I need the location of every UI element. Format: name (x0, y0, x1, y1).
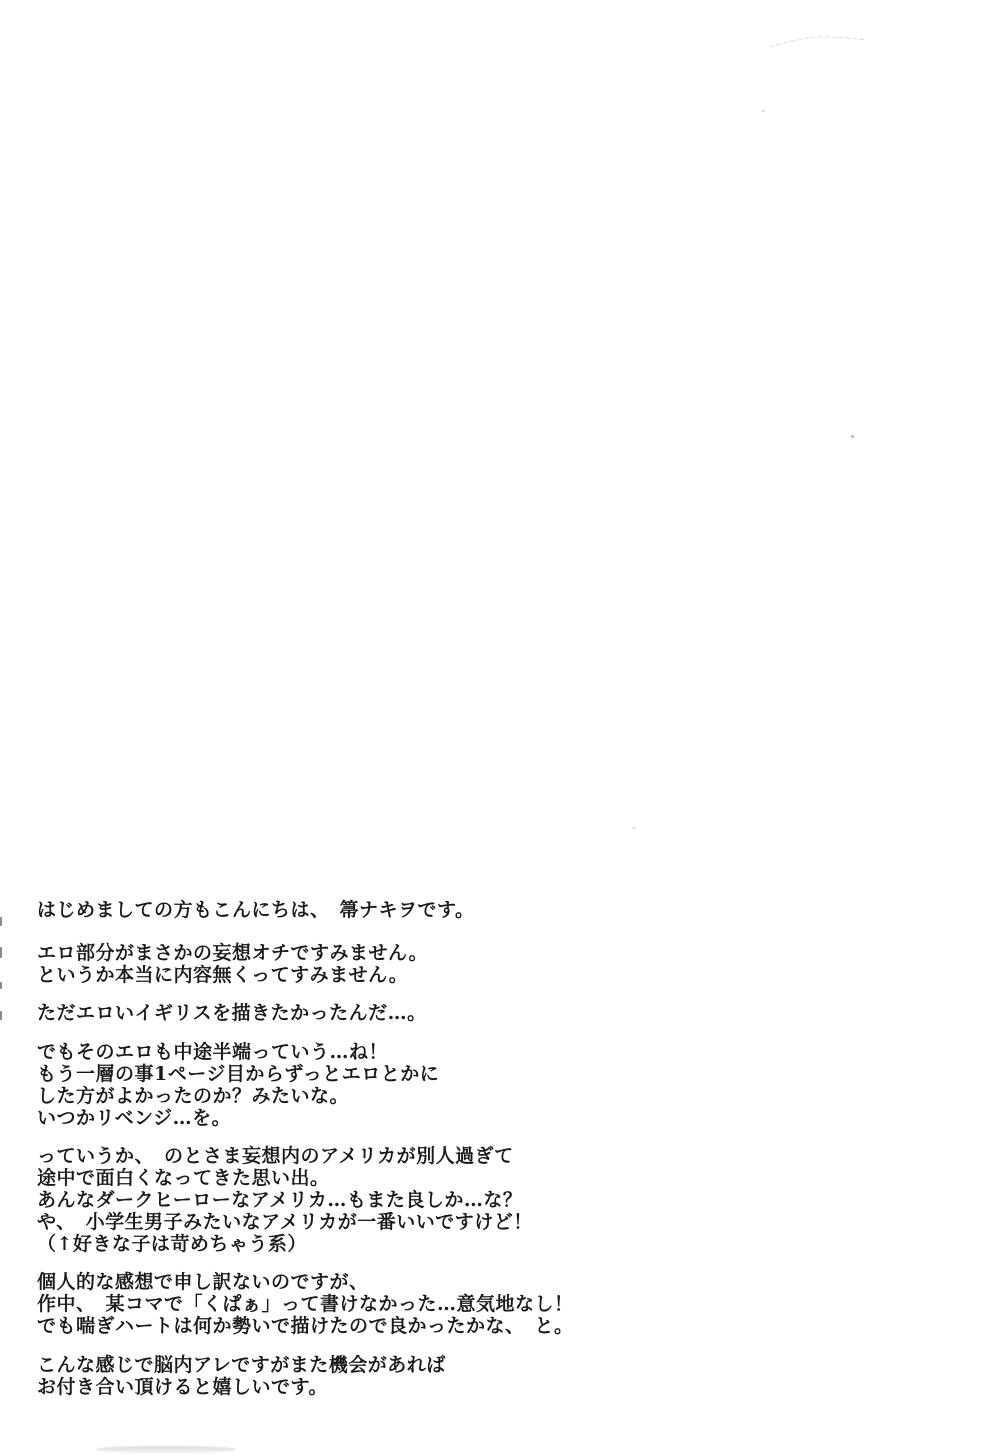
afterword-paragraph: ただエロいイギリスを描きたかったんだ…。 (37, 1003, 737, 1025)
afterword-paragraph: はじめましての方もこんにちは、 箒ナキヲです。 (37, 900, 737, 922)
text-line: あんなダークヒーローなアメリカ…もまた良しか…な？ (37, 1190, 737, 1212)
text-line: もう一層の事1ページ目からずっとエロとかに (37, 1064, 737, 1086)
afterword-text: はじめましての方もこんにちは、 箒ナキヲです。エロ部分がまさかの妄想オチですみま… (37, 900, 737, 1398)
text-line: いつかリベンジ…を。 (37, 1108, 737, 1130)
text-line: エロ部分がまさかの妄想オチですみません。 (37, 943, 737, 965)
afterword-paragraph: エロ部分がまさかの妄想オチですみません。というか本当に内容無くってすみません。 (37, 943, 737, 987)
text-line: こんな感じで脳内アレですがまた機会があれば (37, 1355, 737, 1377)
scan-speck (851, 435, 854, 438)
binding-edge-mark (0, 982, 2, 989)
binding-edge-mark (0, 1011, 2, 1020)
binding-edge-mark (0, 917, 2, 926)
binding-edge-mark (0, 947, 2, 958)
text-line: はじめましての方もこんにちは、 箒ナキヲです。 (37, 900, 737, 922)
afterword-paragraph: っていうか、 のとさま妄想内のアメリカが別人過ぎて途中で面白くなってきた思い出。… (37, 1146, 737, 1255)
afterword-paragraph: 個人的な感想で申し訳ないのですが、作中、 某コマで「くぱぁ」って書けなかった…意… (37, 1272, 737, 1337)
scan-smudge (96, 1446, 236, 1453)
text-line: した方がよかったのか？みたいな。 (37, 1086, 737, 1108)
text-line: お付き合い頂けると嬉しいです。 (37, 1377, 737, 1399)
afterword-paragraph: でもそのエロも中途半端っていう…ね！もう一層の事1ページ目からずっとエロとかにし… (37, 1042, 737, 1129)
afterword-paragraph: こんな感じで脳内アレですがまた機会があればお付き合い頂けると嬉しいです。 (37, 1355, 737, 1399)
text-line: や、 小学生男子みたいなアメリカが一番いいですけど！ (37, 1212, 737, 1234)
text-line: というか本当に内容無くってすみません。 (37, 965, 737, 987)
text-line: ただエロいイギリスを描きたかったんだ…。 (37, 1003, 737, 1025)
scan-speck (762, 110, 765, 112)
text-line: でも喘ぎハートは何か勢いで描けたので良かったかな、 と。 (37, 1316, 737, 1338)
scanned-page: はじめましての方もこんにちは、 箒ナキヲです。エロ部分がまさかの妄想オチですみま… (0, 0, 1000, 1455)
text-line: でもそのエロも中途半端っていう…ね！ (37, 1042, 737, 1064)
text-line: 途中で面白くなってきた思い出。 (37, 1168, 737, 1190)
text-line: 作中、 某コマで「くぱぁ」って書けなかった…意気地なし！ (37, 1294, 737, 1316)
scan-speck (632, 827, 636, 829)
text-line: （↑好きな子は苛めちゃう系） (37, 1234, 737, 1256)
text-line: 個人的な感想で申し訳ないのですが、 (37, 1272, 737, 1294)
text-line: っていうか、 のとさま妄想内のアメリカが別人過ぎて (37, 1146, 737, 1168)
scan-scratch-mark (768, 34, 868, 50)
